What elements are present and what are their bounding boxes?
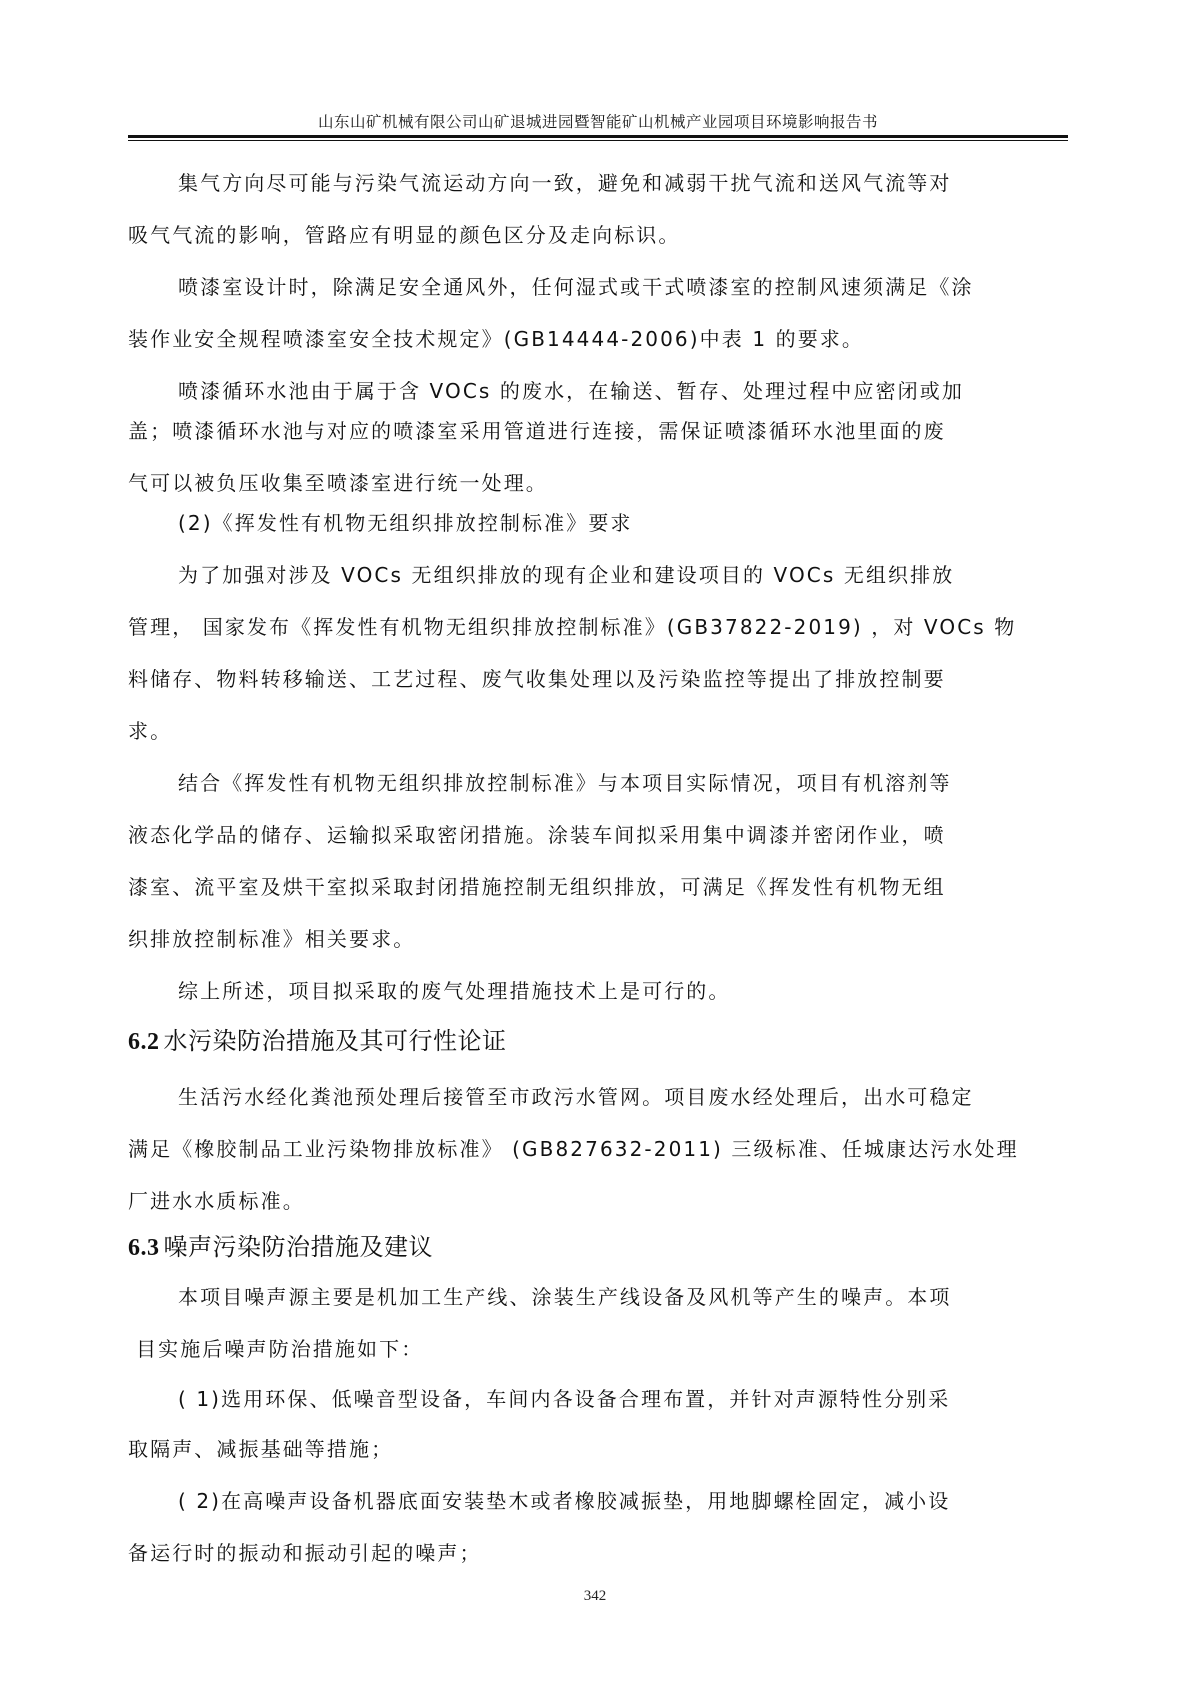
list-item-1: ( 1)选用环保、低噪音型设备，车间内各设备合理布置，并针对声源特性分别采 [178, 1386, 950, 1412]
paragraph-line: 求。 [128, 718, 172, 744]
paragraph-line: 为了加强对涉及 VOCs 无组织排放的现有企业和建设项目的 VOCs 无组织排放 [178, 562, 954, 588]
section-heading-6-3: 6.3噪声污染防治措施及建议 [128, 1232, 433, 1263]
paragraph-line: 管理， 国家发布《挥发性有机物无组织排放控制标准》(GB37822-2019) … [128, 614, 1016, 640]
paragraph-line: 备运行时的振动和振动引起的噪声； [128, 1540, 482, 1566]
paragraph-line: 料储存、物料转移输送、工艺过程、废气收集处理以及污染监控等提出了排放控制要 [128, 666, 946, 692]
paragraph-line: 装作业安全规程喷漆室安全技术规定》(GB14444-2006)中表 1 的要求。 [128, 326, 864, 352]
list-item-2: ( 2)在高噪声设备机器底面安装垫木或者橡胶减振垫，用地脚螺栓固定，减小设 [178, 1488, 950, 1514]
paragraph-line: 综上所述，项目拟采取的废气处理措施技术上是可行的。 [178, 978, 731, 1004]
section-title: 水污染防治措施及其可行性论证 [164, 1027, 507, 1055]
paragraph-line: 生活污水经化粪池预处理后接管至市政污水管网。项目废水经处理后，出水可稳定 [178, 1084, 974, 1110]
section-heading-6-2: 6.2水污染防治措施及其可行性论证 [128, 1026, 507, 1057]
header-divider [128, 135, 1068, 142]
paragraph-line: 集气方向尽可能与污染气流运动方向一致，避免和减弱干扰气流和送风气流等对 [178, 170, 952, 196]
section-number: 6.3 [128, 1235, 160, 1261]
paragraph-line: 吸气气流的影响，管路应有明显的颜色区分及走向标识。 [128, 222, 681, 248]
paragraph-line: 喷漆循环水池由于属于含 VOCs 的废水，在输送、暂存、处理过程中应密闭或加 [178, 378, 964, 404]
paragraph-line: 满足《橡胶制品工业污染物排放标准》 (GB827632-2011) 三级标准、任… [128, 1136, 1019, 1162]
paragraph-line: 织排放控制标准》相关要求。 [128, 926, 415, 952]
page-number: 342 [0, 1588, 1190, 1605]
header-divider-thin [128, 140, 1068, 141]
paragraph-line: 本项目噪声源主要是机加工生产线、涂装生产线设备及风机等产生的噪声。本项 [178, 1284, 952, 1310]
paragraph-line: 液态化学品的储存、运输拟采取密闭措施。涂装车间拟采用集中调漆并密闭作业，喷 [128, 822, 946, 848]
section-title: 噪声污染防治措施及建议 [164, 1233, 434, 1261]
header-divider-thick [128, 135, 1068, 138]
paragraph-line: 气可以被负压收集至喷漆室进行统一处理。 [128, 470, 548, 496]
paragraph-line: 喷漆室设计时，除满足安全通风外，任何湿式或干式喷漆室的控制风速须满足《涂 [178, 274, 974, 300]
paragraph-line: 取隔声、减振基础等措施； [128, 1436, 393, 1462]
page-header-title: 山东山矿机械有限公司山矿退城进园暨智能矿山机械产业园项目环境影响报告书 [128, 112, 1068, 132]
paragraph-line: 目实施后噪声防治措施如下： [136, 1336, 423, 1362]
paragraph-line: 结合《挥发性有机物无组织排放控制标准》与本项目实际情况，项目有机溶剂等 [178, 770, 952, 796]
subsection-label: (2)《挥发性有机物无组织排放控制标准》要求 [178, 510, 633, 536]
paragraph-line: 漆室、流平室及烘干室拟采取封闭措施控制无组织排放，可满足《挥发性有机物无组 [128, 874, 946, 900]
section-number: 6.2 [128, 1029, 160, 1055]
paragraph-line: 盖；喷漆循环水池与对应的喷漆室采用管道进行连接，需保证喷漆循环水池里面的废 [128, 418, 946, 444]
paragraph-line: 厂进水水质标准。 [128, 1188, 305, 1214]
